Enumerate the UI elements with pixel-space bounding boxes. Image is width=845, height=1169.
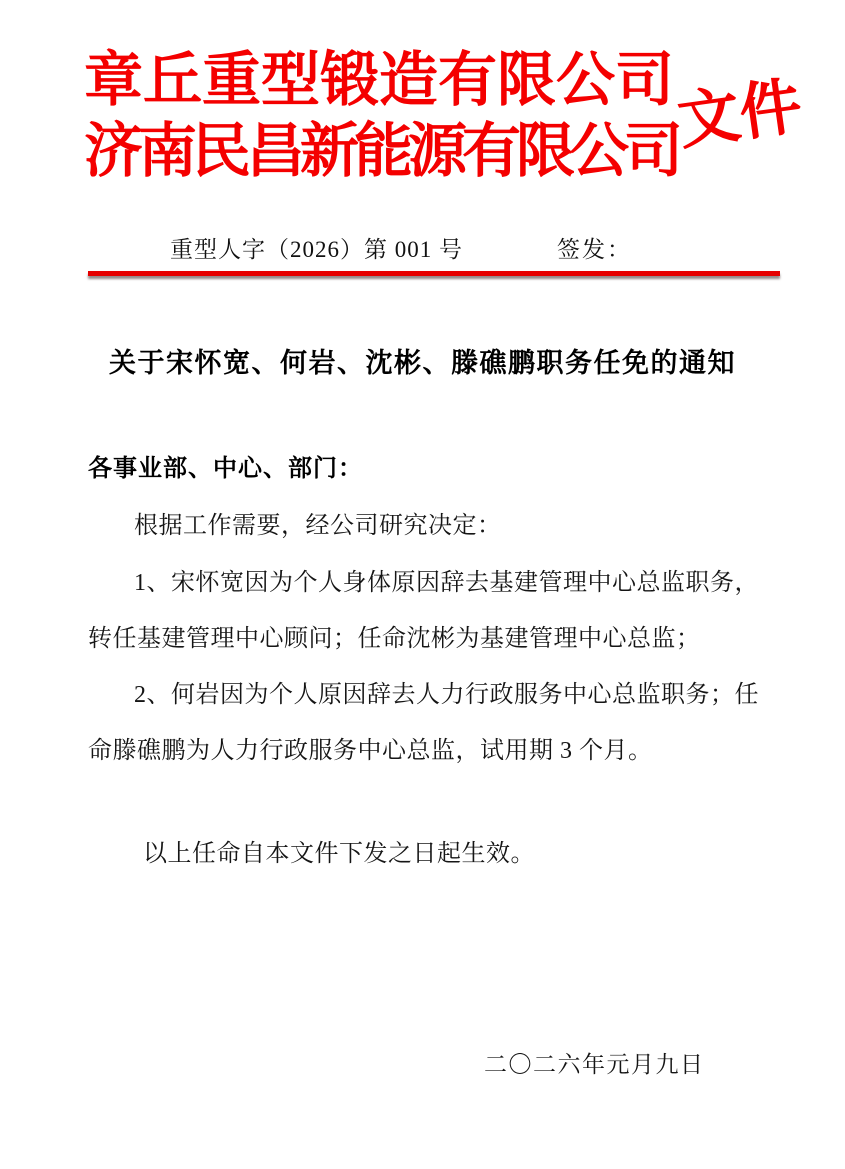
document-date: 二〇二六年元月九日 xyxy=(484,1046,705,1079)
document-title: 关于宋怀宽、何岩、沈彬、滕礁鹏职务任免的通知 xyxy=(0,341,845,380)
body-line-item2-a: 2、何岩因为个人原因辞去人力行政服务中心总监职务；任 xyxy=(134,674,759,709)
header-divider-rule xyxy=(88,271,780,276)
body-line-item2-b: 命滕礁鹏为人力行政服务中心总监，试用期 3 个月。 xyxy=(88,730,653,765)
body-line-effective: 以上任命自本文件下发之日起生效。 xyxy=(143,833,535,868)
document-type-label: 文件 xyxy=(674,76,805,155)
salutation: 各事业部、中心、部门： xyxy=(88,448,363,483)
issuer-label: 签发： xyxy=(557,231,632,264)
letterhead: 章丘重型锻造有限公司 济南民昌新能源有限公司 xyxy=(84,44,678,186)
company-name-line2: 济南民昌新能源有限公司 xyxy=(84,116,678,186)
document-page: 章丘重型锻造有限公司 济南民昌新能源有限公司 文件 重型人字（2026）第 00… xyxy=(0,0,845,1169)
body-line-intro: 根据工作需要，经公司研究决定： xyxy=(134,505,502,540)
body-line-item1-b: 转任基建管理中心顾问；任命沈彬为基建管理中心总监； xyxy=(88,618,701,653)
document-number: 重型人字（2026）第 001 号 xyxy=(170,231,463,264)
body-line-item1-a: 1、宋怀宽因为个人身体原因辞去基建管理中心总监职务， xyxy=(134,562,759,597)
company-name-line1: 章丘重型锻造有限公司 xyxy=(84,44,678,116)
